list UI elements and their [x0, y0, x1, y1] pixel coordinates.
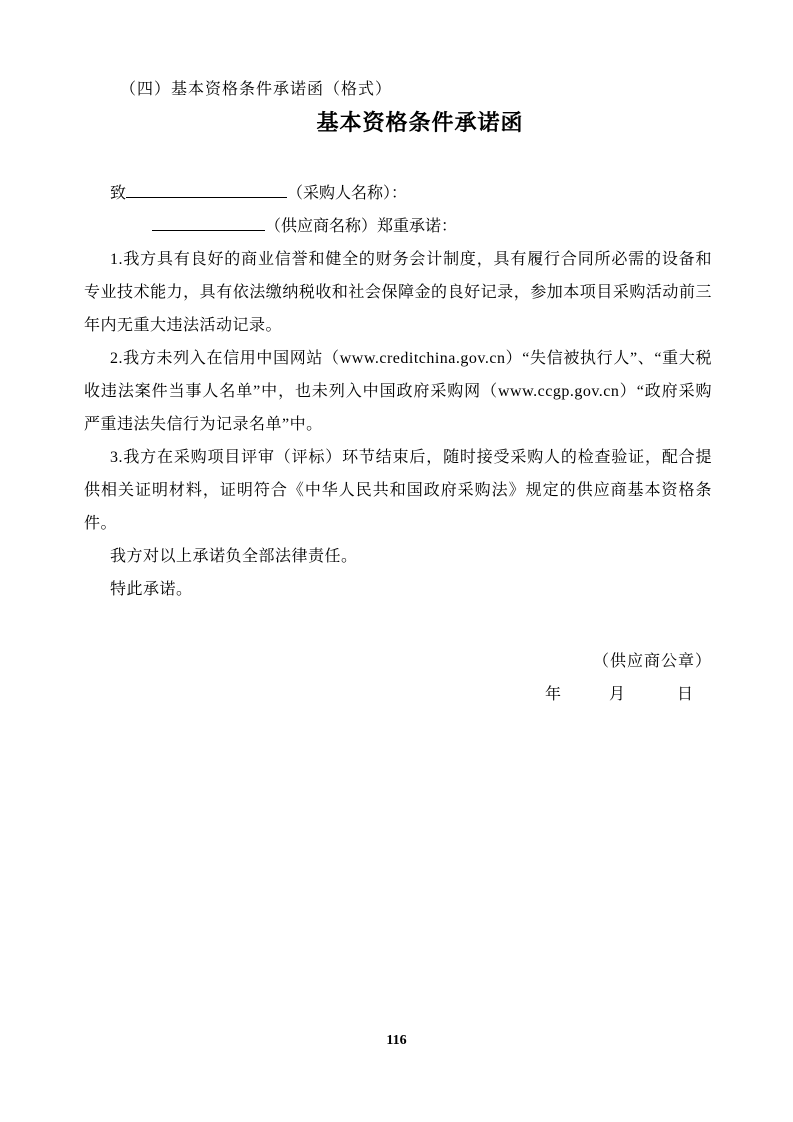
spacer [84, 606, 712, 645]
commitment-paragraph-1: 1.我方具有良好的商业信誉和健全的财务会计制度，具有履行合同所必需的设备和专业技… [84, 243, 712, 342]
liability-statement: 我方对以上承诺负全部法律责任。 [84, 540, 712, 573]
document-page: （四）基本资格条件承诺函（格式） 基本资格条件承诺函 致（采购人名称）： （供应… [0, 0, 793, 1122]
date-line: 年月日 [84, 678, 712, 711]
salutation-prefix: 致 [110, 185, 126, 202]
commitment-paragraph-3: 3.我方在采购项目评审（评标）环节结束后，随时接受采购人的检查验证，配合提供相关… [84, 441, 712, 540]
purchaser-name-blank [126, 183, 287, 198]
spacer [84, 139, 712, 177]
date-day-label: 日 [677, 686, 693, 703]
supplier-name-blank [152, 216, 265, 231]
commitment-paragraph-2: 2.我方未列入在信用中国网站（www.creditchina.gov.cn）“失… [84, 342, 712, 441]
closing-statement: 特此承诺。 [84, 573, 712, 606]
section-heading: （四）基本资格条件承诺函（格式） [84, 73, 712, 106]
document-title: 基本资格条件承诺函 [106, 106, 734, 139]
salutation-suffix: （采购人名称）： [287, 185, 407, 202]
signature-block: （供应商公章） 年月日 [84, 645, 712, 711]
supplier-seal-label: （供应商公章） [84, 645, 712, 678]
page-number: 116 [0, 1030, 793, 1052]
date-year-label: 年 [545, 686, 561, 703]
salutation-line: 致（采购人名称）： [84, 177, 712, 210]
declarer-suffix: （供应商名称）郑重承诺： [265, 218, 457, 235]
document-content: （四）基本资格条件承诺函（格式） 基本资格条件承诺函 致（采购人名称）： （供应… [84, 73, 712, 711]
date-month-label: 月 [609, 686, 625, 703]
declarer-line: （供应商名称）郑重承诺： [84, 210, 712, 243]
